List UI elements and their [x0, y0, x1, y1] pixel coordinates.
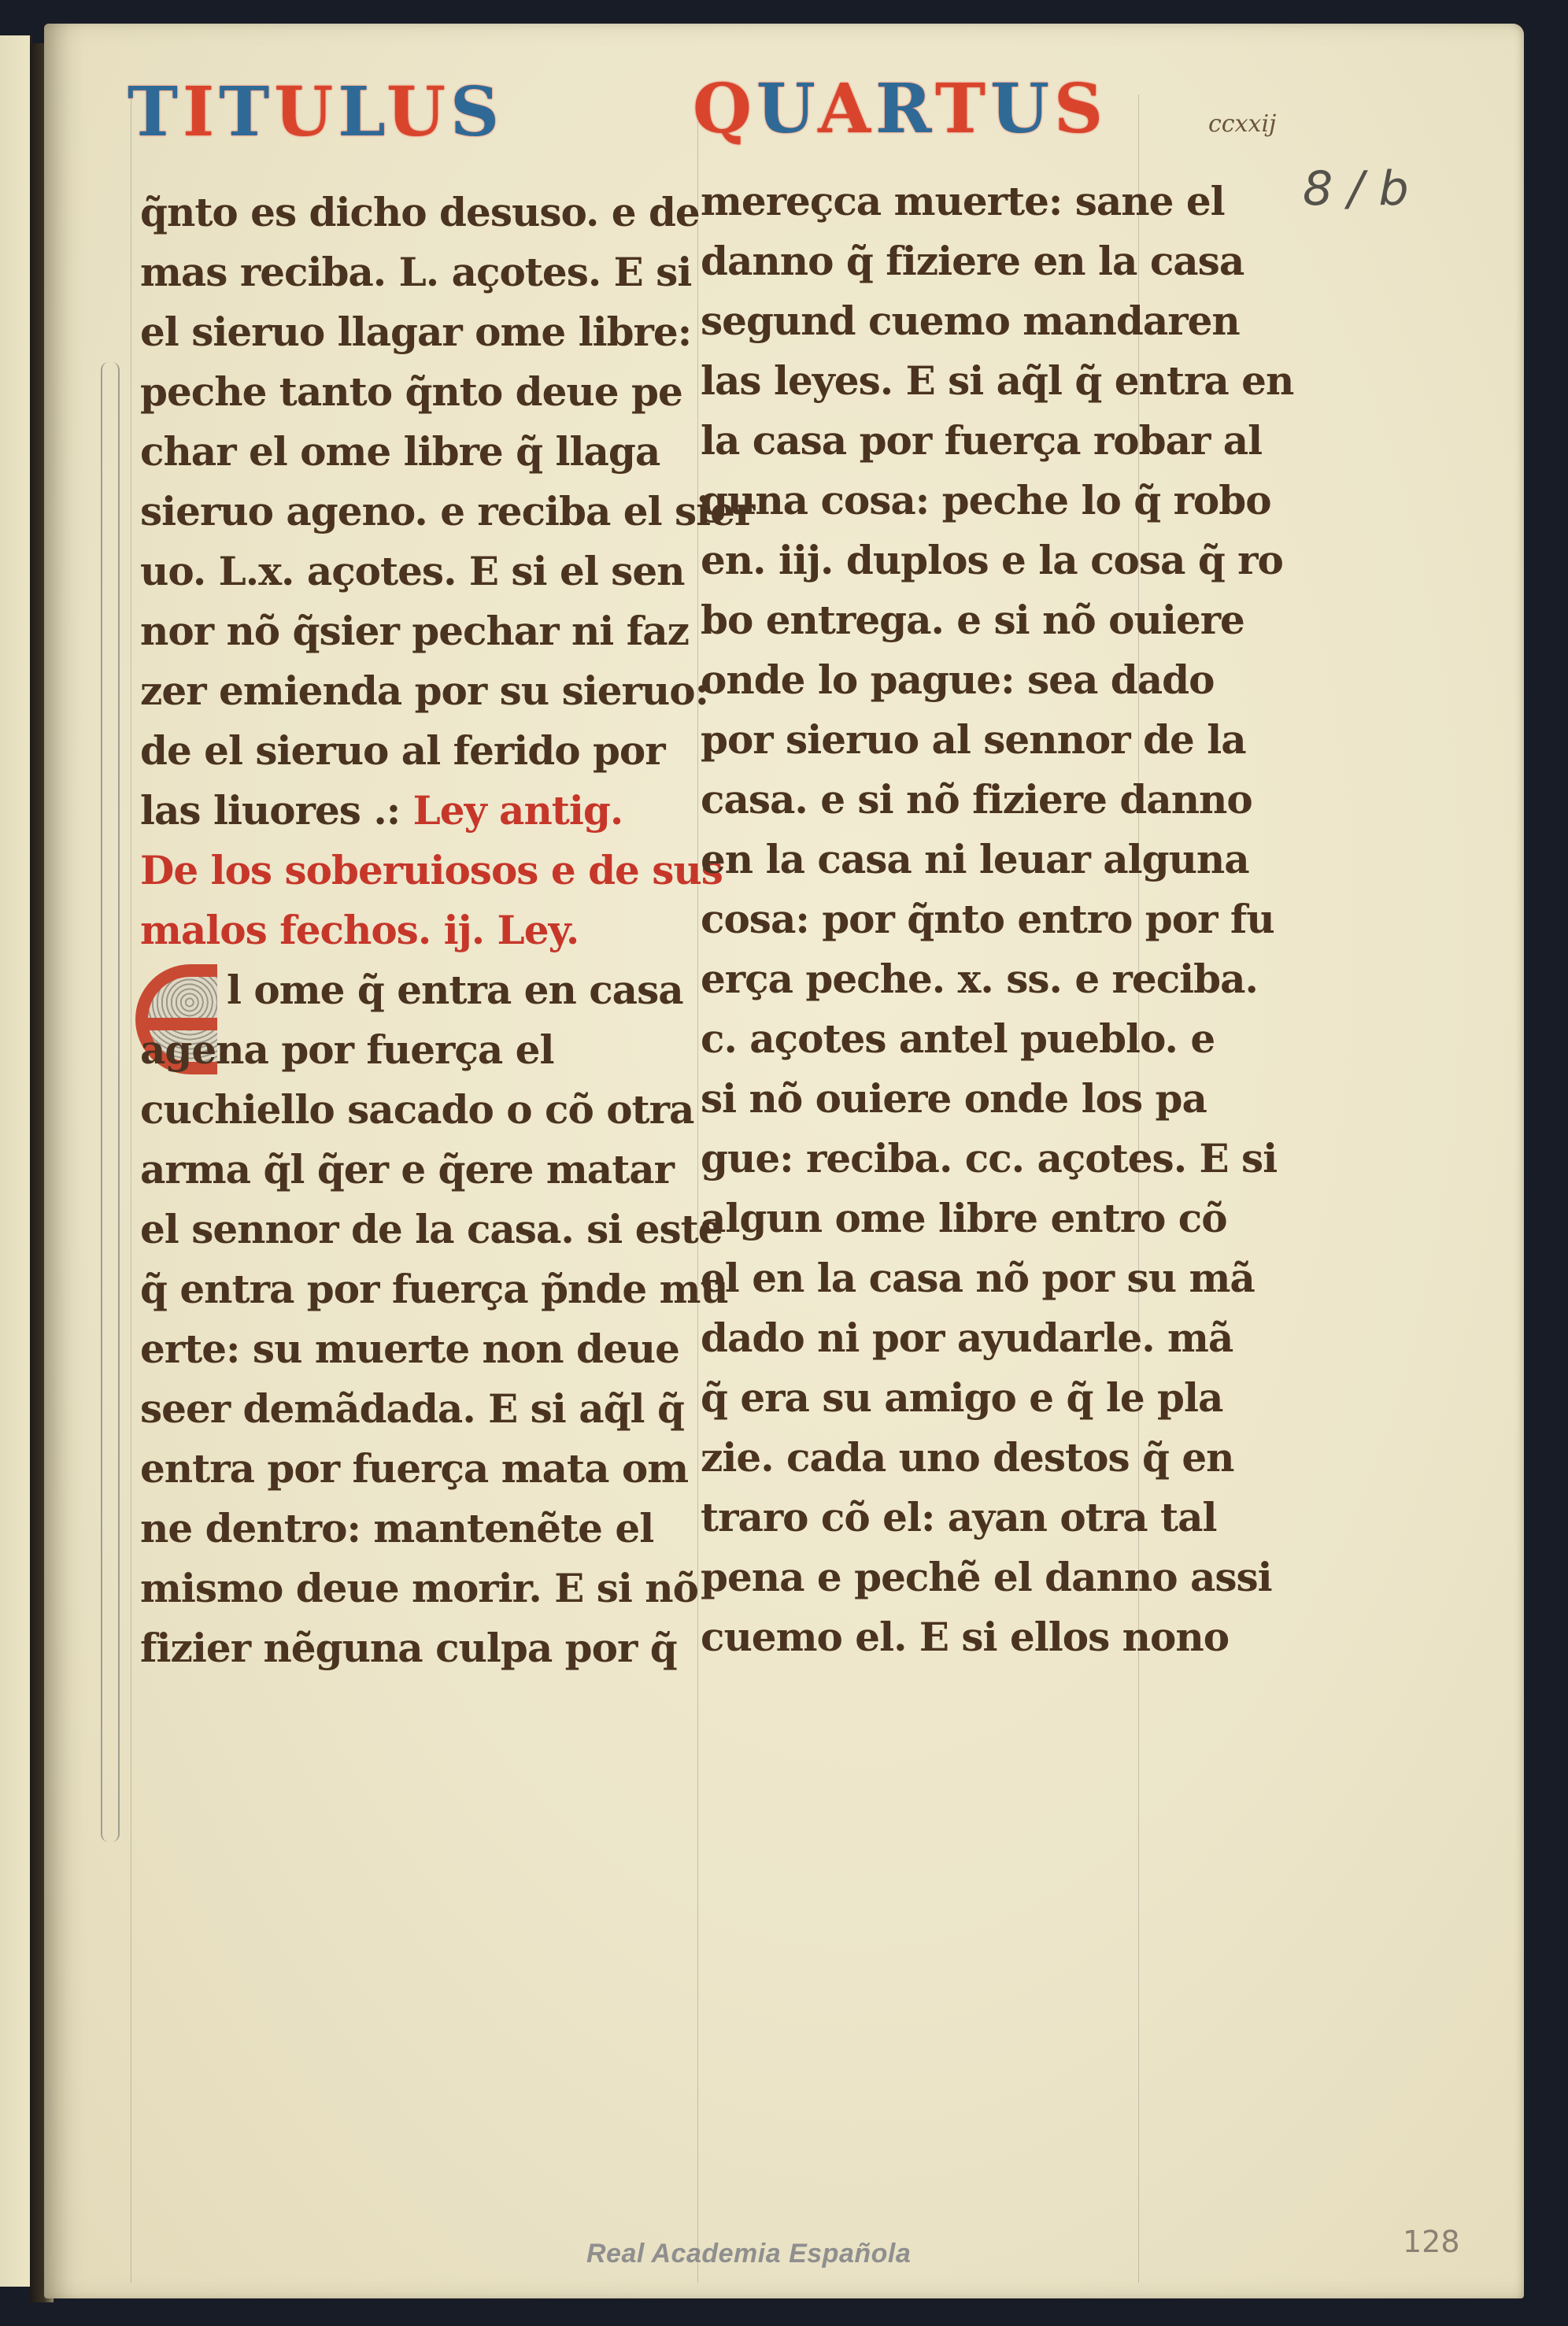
text-line: agena por fuerça el [140, 1020, 754, 1080]
body-text: cuchiello sacado o cõ otra [140, 1086, 693, 1133]
margin-note-numeral: ccxxij [1208, 110, 1276, 138]
text-line: mas reciba. L. açotes. E si [140, 242, 754, 302]
text-line: danno q̃ fiziere en la casa [701, 231, 1293, 291]
running-title-right: QUARTUS [693, 76, 1108, 143]
text-line: q̃nto es dicho desuso. e de [140, 183, 754, 242]
text-line: de el sieruo al ferido por [140, 721, 754, 781]
text-line: en la casa ni leuar alguna [701, 830, 1293, 889]
body-text: agena por fuerça el [140, 1026, 553, 1073]
body-text: cosa: por q̃nto entro por fu [701, 896, 1274, 942]
text-line: gue: reciba. cc. açotes. E si [701, 1129, 1293, 1189]
body-text: el sennor de la casa. si este [140, 1206, 723, 1252]
ruling-line [131, 94, 131, 2283]
text-line: erça peche. x. ss. e reciba. [701, 949, 1293, 1009]
text-line: char el ome libre q̃ llaga [140, 422, 754, 482]
body-text: entra por fuerça mata om [140, 1445, 688, 1492]
text-line: las leyes. E si aq̃l q̃ entra en [701, 351, 1293, 411]
text-line: q̃ entra por fuerça p̃nde mu [140, 1259, 754, 1319]
text-line: zie. cada uno destos q̃ en [701, 1428, 1293, 1488]
body-text: erça peche. x. ss. e reciba. [701, 956, 1258, 1002]
body-text: char el ome libre q̃ llaga [140, 428, 660, 475]
decorative-border-flourish [101, 362, 120, 1842]
text-line: casa. e si nõ fiziere danno [701, 770, 1293, 830]
text-line: pena e pechẽ el danno assi [701, 1548, 1293, 1607]
body-text: el sieruo llagar ome libre: [140, 309, 691, 355]
text-line: el sennor de la casa. si este [140, 1200, 754, 1259]
body-text: danno q̃ fiziere en la casa [701, 238, 1244, 284]
body-text: casa. e si nõ fiziere danno [701, 776, 1252, 823]
body-text: mas reciba. L. açotes. E si [140, 249, 691, 295]
body-text: pena e pechẽ el danno assi [701, 1554, 1272, 1600]
body-text: nor nõ q̃sier pechar ni faz [140, 608, 689, 654]
body-text: las leyes. E si aq̃l q̃ entra en [701, 357, 1293, 404]
text-line: De los soberuiosos e de sus [140, 841, 754, 900]
body-text: la casa por fuerça robar al [701, 417, 1262, 464]
text-line: nor nõ q̃sier pechar ni faz [140, 601, 754, 661]
text-line: bo entrega. e si nõ ouiere [701, 590, 1293, 650]
text-line: fizier nẽguna culpa por q̃ [140, 1618, 754, 1678]
text-line: cuchiello sacado o cõ otra [140, 1080, 754, 1140]
text-line: peche tanto q̃nto deue pe [140, 362, 754, 422]
text-line: malos fechos. ij. Ley. [140, 900, 754, 960]
watermark-text: Real Academia Española [586, 2239, 911, 2269]
text-line: el en la casa nõ por su mã [701, 1248, 1293, 1308]
previous-page-edge [0, 35, 31, 2287]
body-text: c. açotes antel pueblo. e [701, 1015, 1215, 1062]
text-line: cosa: por q̃nto entro por fu [701, 889, 1293, 949]
body-text: dado ni por ayudarle. mã [701, 1315, 1233, 1361]
text-line: onde lo pague: sea dado [701, 650, 1293, 710]
text-line: l ome q̃ entra en casa [140, 960, 754, 1020]
text-line: dado ni por ayudarle. mã [701, 1308, 1293, 1368]
text-line: ne dentro: mantenẽte el [140, 1499, 754, 1559]
text-line: si nõ ouiere onde los pa [701, 1069, 1293, 1129]
text-line: erte: su muerte non deue [140, 1319, 754, 1379]
text-line: mismo deue morir. E si nõ [140, 1559, 754, 1618]
body-text: bo entrega. e si nõ ouiere [701, 597, 1244, 643]
text-line: sieruo ageno. e reciba el sier [140, 482, 754, 542]
running-title-left: TITULUS [128, 79, 504, 146]
rubric-text: Ley antig. [400, 787, 623, 834]
body-text: en. iij. duplos e la cosa q̃ ro [701, 537, 1283, 583]
body-text: onde lo pague: sea dado [701, 656, 1214, 703]
body-text: q̃ era su amigo e q̃ le pla [701, 1374, 1222, 1421]
text-column-right: mereçca muerte: sane eldanno q̃ fiziere … [701, 172, 1293, 1667]
text-line: las liuores .: Ley antig. [140, 781, 754, 841]
body-text: erte: su muerte non deue [140, 1326, 679, 1372]
body-text: el en la casa nõ por su mã [701, 1255, 1255, 1301]
text-line: uo. L.x. açotes. E si el sen [140, 542, 754, 601]
body-text: traro cõ el: ayan otra tal [701, 1494, 1217, 1540]
rubric-text: De los soberuiosos e de sus [140, 847, 723, 893]
folio-number: 128 [1403, 2224, 1460, 2259]
text-line: entra por fuerça mata om [140, 1439, 754, 1499]
body-text: uo. L.x. açotes. E si el sen [140, 548, 684, 594]
text-line: q̃ era su amigo e q̃ le pla [701, 1368, 1293, 1428]
body-text: guna cosa: peche lo q̃ robo [701, 477, 1271, 523]
body-text: cuemo el. E si ellos nono [701, 1614, 1229, 1660]
body-text: seer demãdada. E si aq̃l q̃ [140, 1385, 684, 1432]
body-text: segund cuemo mandaren [701, 298, 1240, 344]
text-line: el sieruo llagar ome libre: [140, 302, 754, 362]
text-line: la casa por fuerça robar al [701, 411, 1293, 471]
text-column-left: q̃nto es dicho desuso. e demas reciba. L… [140, 183, 754, 1678]
text-line: c. açotes antel pueblo. e [701, 1009, 1293, 1069]
text-line: mereçca muerte: sane el [701, 172, 1293, 231]
body-text: sieruo ageno. e reciba el sier [140, 488, 754, 534]
body-text: l ome q̃ entra en casa [227, 967, 683, 1013]
margin-pencil-mark: 8 / b [1303, 157, 1409, 220]
text-line: en. iij. duplos e la cosa q̃ ro [701, 531, 1293, 590]
body-text: zer emienda por su sieruo: [140, 667, 708, 714]
text-line: segund cuemo mandaren [701, 291, 1293, 351]
body-text: mereçca muerte: sane el [701, 178, 1225, 224]
text-line: cuemo el. E si ellos nono [701, 1607, 1293, 1667]
text-line: zer emienda por su sieruo: [140, 661, 754, 721]
body-text: arma q̃l q̃er e q̃ere matar [140, 1146, 674, 1193]
body-text: si nõ ouiere onde los pa [701, 1075, 1207, 1122]
rubric-text: malos fechos. ij. Ley. [140, 907, 579, 953]
body-text: peche tanto q̃nto deue pe [140, 368, 682, 415]
body-text: algun ome libre entro cõ [701, 1195, 1227, 1241]
body-text: q̃nto es dicho desuso. e de [140, 189, 700, 235]
body-text: de el sieruo al ferido por [140, 727, 665, 774]
body-text: q̃ entra por fuerça p̃nde mu [140, 1266, 728, 1312]
text-line: por sieruo al sennor de la [701, 710, 1293, 770]
body-text: por sieruo al sennor de la [701, 716, 1246, 763]
body-text: gue: reciba. cc. açotes. E si [701, 1135, 1277, 1181]
text-line: seer demãdada. E si aq̃l q̃ [140, 1379, 754, 1439]
body-text: ne dentro: mantenẽte el [140, 1505, 653, 1551]
body-text: fizier nẽguna culpa por q̃ [140, 1625, 677, 1671]
text-line: arma q̃l q̃er e q̃ere matar [140, 1140, 754, 1200]
body-text: en la casa ni leuar alguna [701, 836, 1249, 882]
body-text: mismo deue morir. E si nõ [140, 1565, 698, 1611]
text-line: traro cõ el: ayan otra tal [701, 1488, 1293, 1548]
text-line: algun ome libre entro cõ [701, 1189, 1293, 1248]
body-text: las liuores .: [140, 787, 400, 834]
body-text: zie. cada uno destos q̃ en [701, 1434, 1234, 1481]
text-line: guna cosa: peche lo q̃ robo [701, 471, 1293, 531]
